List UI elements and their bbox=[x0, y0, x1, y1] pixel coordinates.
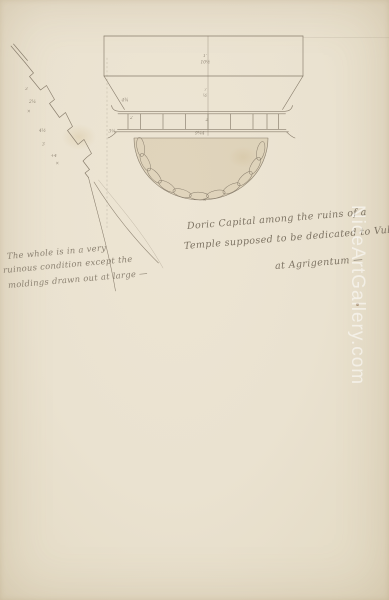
dim-mark: 2¼ bbox=[28, 99, 36, 105]
dim-mark: 3¼ bbox=[109, 129, 116, 135]
dim-mark: 3 bbox=[42, 143, 45, 148]
drawing-svg: 1' 10½ 7 ½ 2 9¼4 4¾ 2 3¼ × 3 2¼ × 4½ 3 +… bbox=[0, 0, 389, 600]
dim-mark: × bbox=[27, 110, 31, 115]
dim-mark: 7 bbox=[204, 88, 207, 93]
dim-mark: 4¾ bbox=[121, 98, 129, 104]
capital-elevation-drawing bbox=[104, 36, 389, 228]
dim-mark: × bbox=[56, 162, 60, 167]
dim-mark: +4 bbox=[51, 154, 58, 159]
dim-mark: ½ bbox=[203, 93, 207, 99]
dim-mark: 2 bbox=[129, 116, 133, 121]
dim-mark: × bbox=[203, 198, 207, 203]
dim-mark: 1' bbox=[203, 54, 207, 59]
gallery-watermark: NiceArtGallery.com bbox=[346, 205, 368, 385]
dim-mark: 4½ bbox=[38, 128, 46, 134]
dim-mark: 3 bbox=[25, 87, 28, 92]
dim-mark: 9¼4 bbox=[195, 131, 205, 137]
artwork-scan: 1' 10½ 7 ½ 2 9¼4 4¾ 2 3¼ × 3 2¼ × 4½ 3 +… bbox=[0, 0, 389, 600]
dim-mark: 2 bbox=[205, 118, 209, 123]
dim-mark: 10½ bbox=[201, 60, 211, 66]
